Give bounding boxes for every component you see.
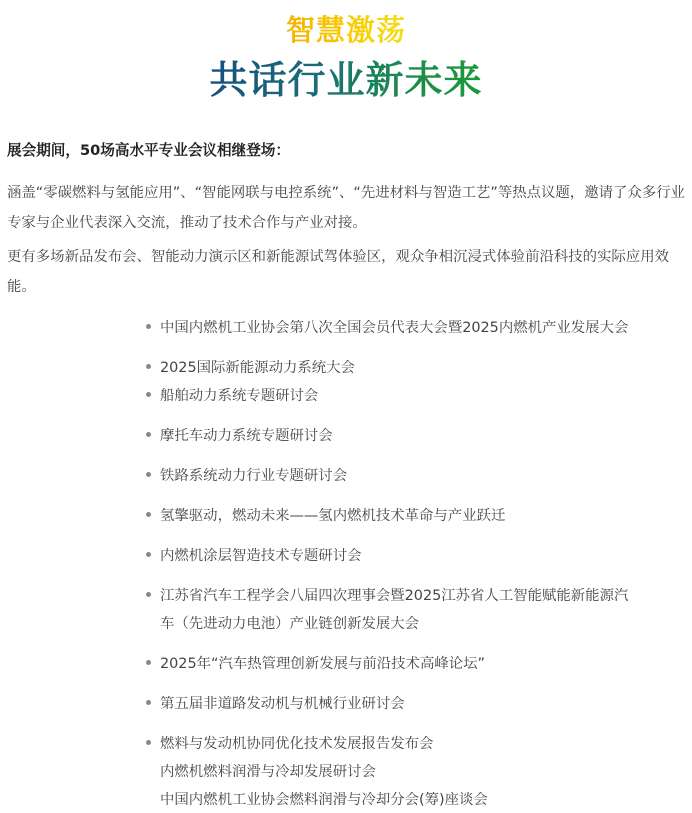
event-title-3: 中国内燃机工业协会燃料润滑与冷却分会(筹)座谈会 xyxy=(160,786,686,813)
title-line-1: 智慧激荡 xyxy=(0,10,692,50)
event-title-2: 内燃机燃料润滑与冷却发展研讨会 xyxy=(160,758,686,786)
event-title: 第五届非道路发动机与机械行业研讨会 xyxy=(160,690,686,718)
list-item: 2025年“汽车热管理创新发展与前沿技术高峰论坛” xyxy=(146,650,686,678)
title-line-2: 共话行业新未来 xyxy=(0,54,692,106)
bullet-icon xyxy=(146,392,151,397)
bullet-icon xyxy=(146,740,151,745)
bullet-icon xyxy=(146,432,151,437)
list-item: 中国内燃机工业协会第八次全国会员代表大会暨2025内燃机产业发展大会 xyxy=(146,314,686,342)
list-item: 内燃机涂层智造技术专题研讨会 xyxy=(146,542,686,570)
event-title: 江苏省汽车工程学会八届四次理事会暨2025江苏省人工智能赋能新能源汽 xyxy=(160,582,686,610)
event-list: 中国内燃机工业协会第八次全国会员代表大会暨2025内燃机产业发展大会 2025国… xyxy=(146,314,686,813)
event-title: 2025年“汽车热管理创新发展与前沿技术高峰论坛” xyxy=(160,650,686,678)
bullet-icon xyxy=(146,700,151,705)
event-title: 中国内燃机工业协会第八次全国会员代表大会暨2025内燃机产业发展大会 xyxy=(160,314,686,342)
event-title-continued: 车（先进动力电池）产业链创新发展大会 xyxy=(160,610,686,638)
bullet-icon xyxy=(146,512,151,517)
article-body: 展会期间，50场高水平专业会议相继登场： 涵盖“零碳燃料与氢能应用”、“智能网联… xyxy=(7,138,687,302)
event-title: 铁路系统动力行业专题研讨会 xyxy=(160,462,686,490)
bullet-icon xyxy=(146,660,151,665)
section-heading: 展会期间，50场高水平专业会议相继登场： xyxy=(7,138,687,164)
event-title: 燃料与发动机协同优化技术发展报告发布会 xyxy=(160,730,686,758)
event-title: 氢擎驱动，燃动未来——氢内燃机技术革命与产业跃迁 xyxy=(160,502,686,530)
bullet-icon xyxy=(146,592,151,597)
list-item: 氢擎驱动，燃动未来——氢内燃机技术革命与产业跃迁 xyxy=(146,502,686,530)
list-item: 铁路系统动力行业专题研讨会 xyxy=(146,462,686,490)
bullet-icon xyxy=(146,324,151,329)
bullet-icon xyxy=(146,472,151,477)
list-item: 燃料与发动机协同优化技术发展报告发布会 内燃机燃料润滑与冷却发展研讨会 中国内燃… xyxy=(146,730,686,813)
event-title: 内燃机涂层智造技术专题研讨会 xyxy=(160,542,686,570)
paragraph-topics: 涵盖“零碳燃料与氢能应用”、“智能网联与电控系统”、“先进材料与智造工艺”等热点… xyxy=(7,178,687,238)
title-line-2-text: 共话行业新未来 xyxy=(209,58,482,102)
title-line-1-text: 智慧激荡 xyxy=(286,13,406,47)
event-title: 摩托车动力系统专题研讨会 xyxy=(160,422,686,450)
list-item: 江苏省汽车工程学会八届四次理事会暨2025江苏省人工智能赋能新能源汽 车（先进动… xyxy=(146,582,686,638)
event-title: 船舶动力系统专题研讨会 xyxy=(160,382,686,410)
bullet-icon xyxy=(146,364,151,369)
list-item: 第五届非道路发动机与机械行业研讨会 xyxy=(146,690,686,718)
event-title: 2025国际新能源动力系统大会 xyxy=(160,354,686,382)
list-item: 摩托车动力系统专题研讨会 xyxy=(146,422,686,450)
list-item: 2025国际新能源动力系统大会 xyxy=(146,354,686,382)
bullet-icon xyxy=(146,552,151,557)
list-item: 船舶动力系统专题研讨会 xyxy=(146,382,686,410)
paragraph-experience: 更有多场新品发布会、智能动力演示区和新能源试驾体验区，观众争相沉浸式体验前沿科技… xyxy=(7,242,687,302)
